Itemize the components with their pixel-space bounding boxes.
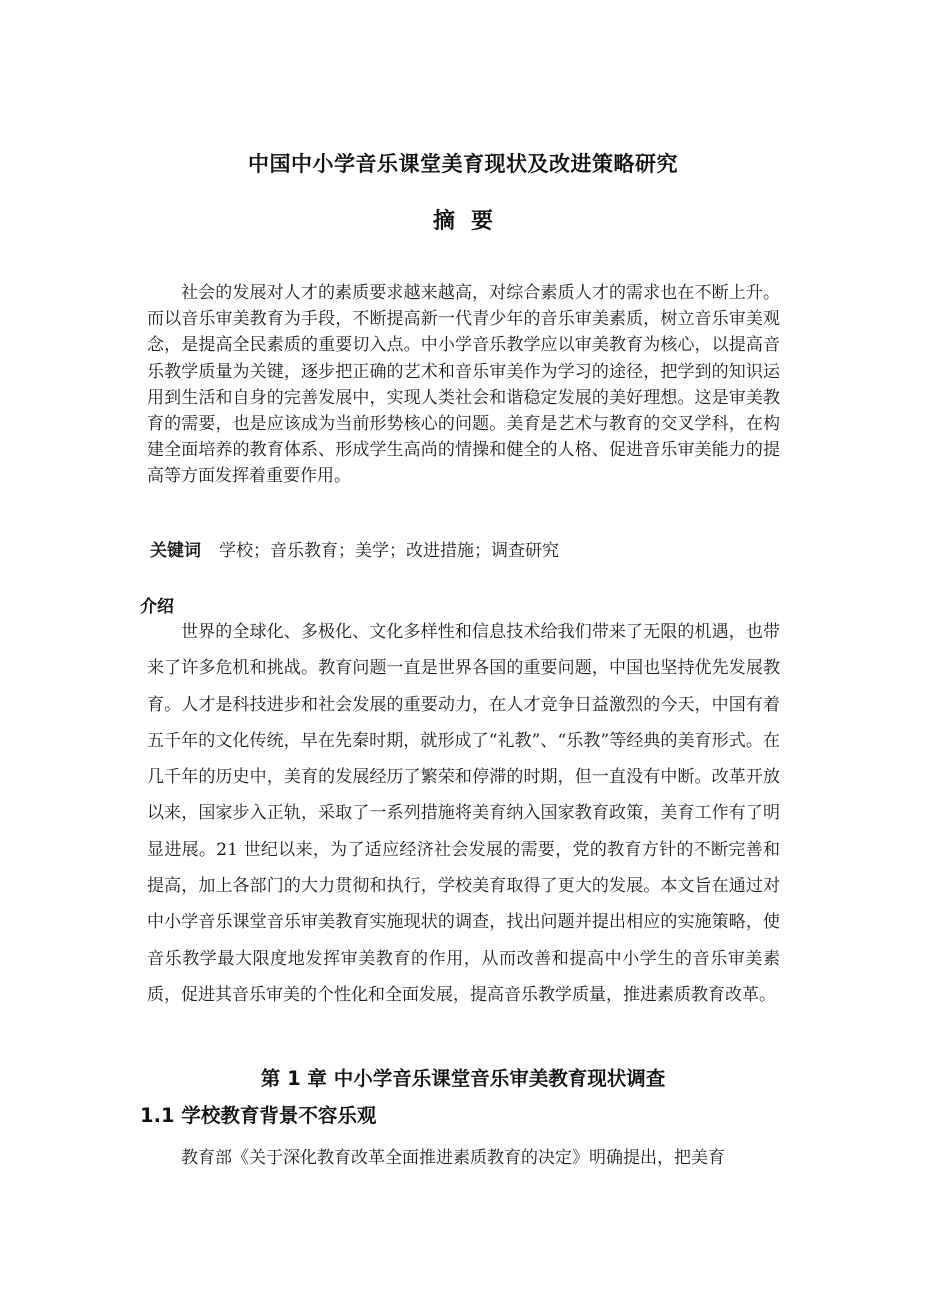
- document-page: 中国中小学音乐课堂美育现状及改进策略研究 摘要 社会的发展对人才的素质要求越来越…: [0, 0, 926, 1309]
- keywords-label: 关键词: [150, 541, 201, 561]
- intro-body: 世界的全球化、多极化、文化多样性和信息技术给我们带来了无限的机遇，也带来了许多危…: [147, 614, 780, 1013]
- chapter-heading: 第 1 章 中小学音乐课堂音乐审美教育现状调查: [0, 1063, 926, 1091]
- keywords-line: 关键词学校；音乐教育；美学；改进措施；调查研究: [150, 536, 559, 561]
- keywords-value: 学校；音乐教育；美学；改进措施；调查研究: [219, 541, 559, 561]
- document-title: 中国中小学音乐课堂美育现状及改进策略研究: [0, 148, 926, 178]
- section-body: 教育部《关于深化教育改革全面推进素质教育的决定》明确提出，把美育: [147, 1140, 780, 1176]
- section-heading: 1.1 学校教育背景不容乐观: [140, 1100, 376, 1128]
- abstract-body: 社会的发展对人才的素质要求越来越高，对综合素质人才的需求也在不断上升。而以音乐审…: [147, 280, 780, 490]
- abstract-heading: 摘要: [0, 204, 926, 235]
